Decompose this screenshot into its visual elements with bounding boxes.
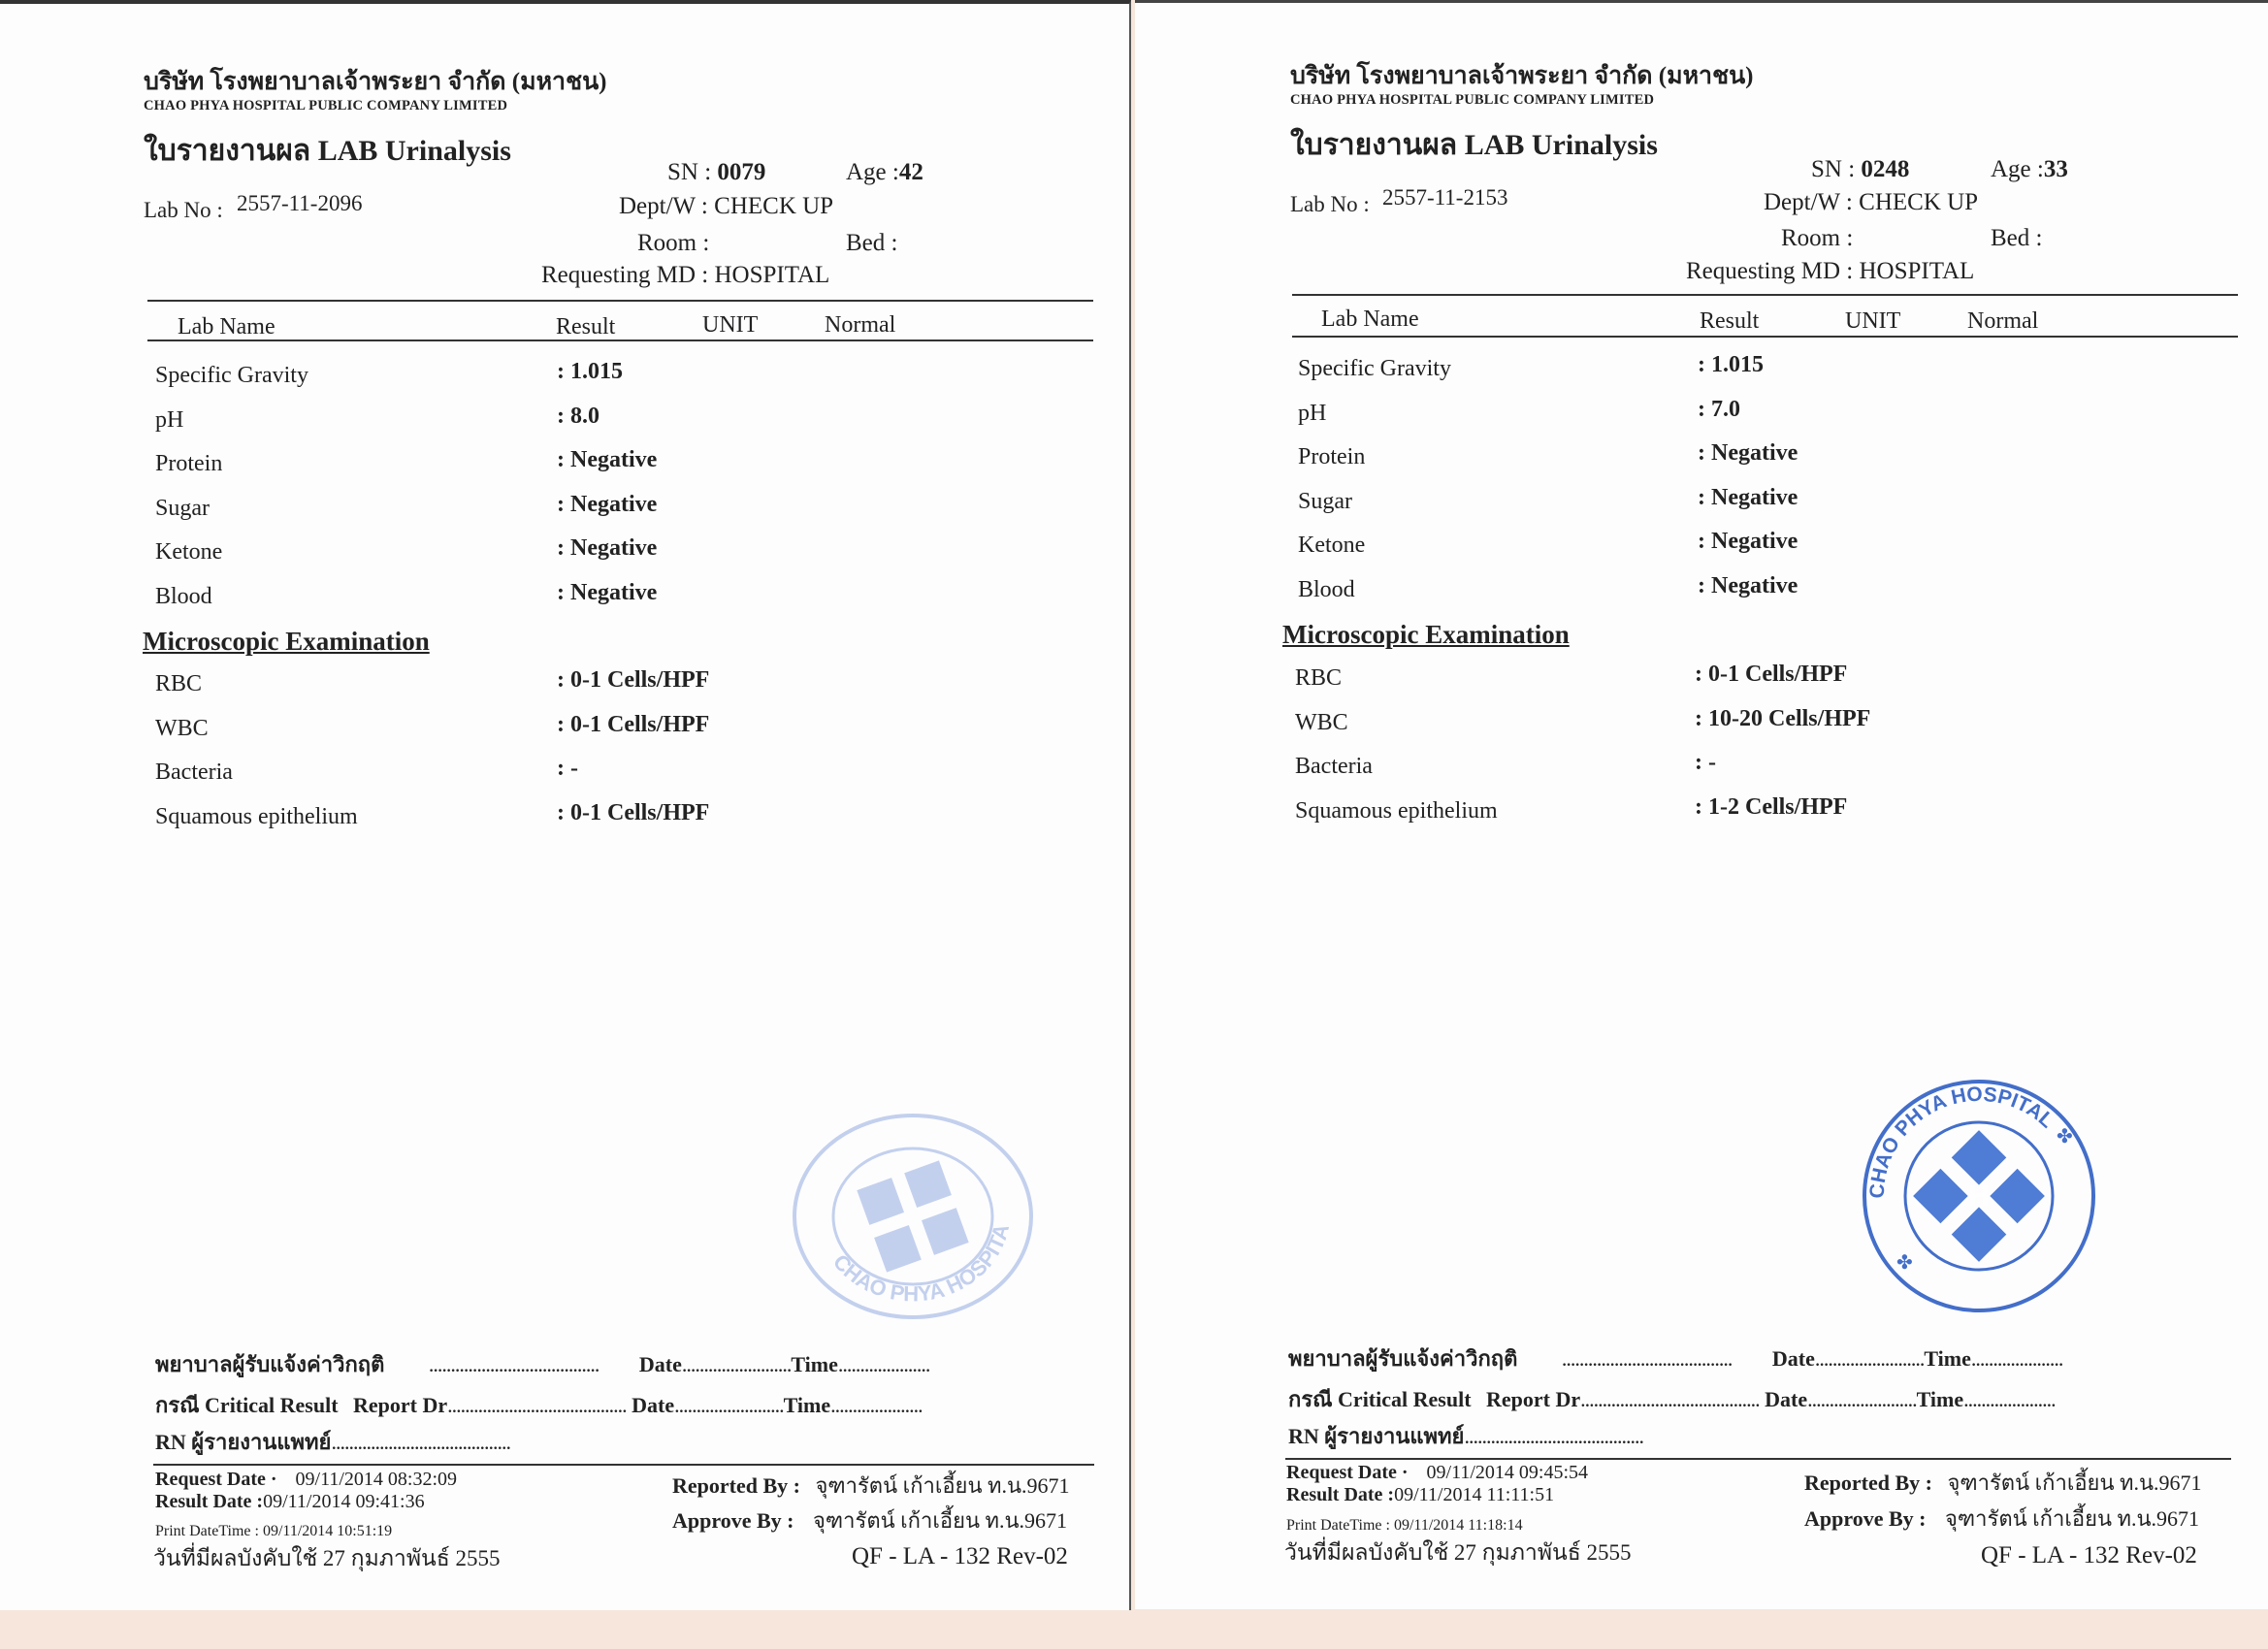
lab-result: : Negative — [557, 492, 657, 518]
sn-label: SN : — [667, 159, 711, 185]
age-field: Age :33 — [1991, 156, 2068, 183]
lab-name: Sugar — [1298, 489, 1352, 515]
lab-no-value: 2557-11-2153 — [1382, 185, 1507, 210]
bed-field: Bed : — [1991, 225, 2042, 252]
lab-result: : 10-20 Cells/HPF — [1695, 706, 1870, 732]
lab-no-value: 2557-11-2096 — [237, 191, 362, 216]
critical-case-label: กรณี Critical Result — [155, 1393, 339, 1417]
footer-divider — [153, 1464, 1094, 1466]
critical-nurse-line: พยาบาลผู้รับแจ้งค่าวิกฤติ ..............… — [1288, 1342, 2062, 1375]
header-divider — [147, 300, 1093, 302]
approve-by-label: Approve By : — [1804, 1506, 1927, 1531]
request-date-label: Request Date · — [155, 1469, 277, 1490]
lab-result: : - — [557, 756, 578, 782]
reported-by-label: Reported By : — [1804, 1471, 1932, 1495]
requesting-md-label: Requesting MD : — [541, 262, 708, 288]
requesting-md-value: HOSPITAL — [1859, 258, 1974, 284]
column-normal: Normal — [825, 312, 895, 339]
header-divider — [1292, 294, 2238, 296]
age-label: Age : — [1991, 156, 2044, 182]
approve-by-label: Approve By : — [672, 1508, 794, 1533]
request-date-field: Request Date · 09/11/2014 08:32:09 — [155, 1469, 457, 1491]
approve-by-value: จุฑารัตน์ เก้าเอี้ยน ท.น.9671 — [1945, 1506, 2199, 1531]
room-label: Room : — [637, 230, 709, 256]
lab-result: : 0-1 Cells/HPF — [557, 667, 709, 694]
lab-name: Blood — [1298, 577, 1355, 603]
company-name-thai: บริษัท โรงพยาบาลเจ้าพระยา จำกัด (มหาชน) — [1290, 56, 1753, 95]
dept-label: Dept/W : — [619, 193, 708, 219]
print-datetime-label: Print DateTime — [1286, 1517, 1382, 1534]
lab-report-sheet-2: บริษัท โรงพยาบาลเจ้าพระยา จำกัด (มหาชน) … — [1135, 0, 2268, 1609]
critical-nurse-line: พยาบาลผู้รับแจ้งค่าวิกฤติ ..............… — [155, 1347, 929, 1381]
lab-result: : - — [1695, 750, 1716, 776]
form-code: QF - LA - 132 Rev-02 — [852, 1543, 1068, 1570]
critical-nurse-label: พยาบาลผู้รับแจ้งค่าวิกฤติ — [155, 1352, 384, 1376]
company-name-english: CHAO PHYA HOSPITAL PUBLIC COMPANY LIMITE… — [144, 98, 507, 114]
result-date-value: 09/11/2014 11:11:51 — [1394, 1484, 1554, 1505]
lab-name: Specific Gravity — [155, 363, 308, 389]
lab-result: : 0-1 Cells/HPF — [1695, 662, 1847, 688]
critical-nurse-label: พยาบาลผู้รับแจ้งค่าวิกฤติ — [1288, 1346, 1517, 1371]
result-date-label: Result Date : — [155, 1491, 263, 1512]
company-name-thai: บริษัท โรงพยาบาลเจ้าพระยา จำกัด (มหาชน) — [144, 62, 606, 101]
sn-field: SN : 0248 — [1811, 156, 1909, 183]
bed-label: Bed : — [1991, 225, 2042, 251]
lab-result: : 1.015 — [557, 359, 623, 385]
report-dr-label: Report Dr — [353, 1393, 447, 1417]
dept-value: CHECK UP — [1859, 189, 1978, 215]
lab-name: RBC — [155, 671, 202, 697]
critical-date-label: Date — [1772, 1346, 1815, 1371]
lab-name: Protein — [1298, 444, 1365, 470]
result-date-value: 09/11/2014 09:41:36 — [263, 1491, 424, 1512]
dept-field: Dept/W : CHECK UP — [1764, 189, 1978, 216]
requesting-md-label: Requesting MD : — [1686, 258, 1853, 284]
report-title: ใบรายงานผล LAB Urinalysis — [144, 128, 511, 174]
effective-date: วันที่มีผลบังคับใช้ 27 กุมภาพันธ์ 2555 — [1284, 1536, 1632, 1570]
lab-result: : Negative — [557, 535, 657, 562]
svg-text:✤: ✤ — [1896, 1252, 1913, 1274]
critical-result-line: กรณี Critical Result Report Dr..........… — [155, 1388, 923, 1422]
lab-result: : 7.0 — [1698, 397, 1740, 423]
company-name-english: CHAO PHYA HOSPITAL PUBLIC COMPANY LIMITE… — [1290, 92, 1654, 109]
lab-result: : Negative — [557, 447, 657, 473]
reported-by-field: Reported By : จุฑารัตน์ เก้าเอี้ยน ท.น.9… — [672, 1469, 1070, 1503]
report-title: ใบรายงานผล LAB Urinalysis — [1290, 122, 1658, 168]
critical-date-label: Date — [639, 1352, 682, 1376]
rn-label: RN ผู้รายงานแพทย์ — [1288, 1424, 1464, 1448]
approve-by-field: Approve By : จุฑารัตน์ เก้าเอี้ยน ท.น.96… — [672, 1503, 1067, 1537]
age-value: 33 — [2044, 156, 2068, 182]
form-code: QF - LA - 132 Rev-02 — [1981, 1542, 2197, 1569]
dept-field: Dept/W : CHECK UP — [619, 193, 833, 220]
result-date-field: Result Date :09/11/2014 11:11:51 — [1286, 1484, 1554, 1506]
request-date-value: 09/11/2014 09:45:54 — [1427, 1462, 1588, 1483]
lab-name: Bacteria — [155, 760, 233, 786]
lab-name: Bacteria — [1295, 754, 1373, 780]
lab-result: : Negative — [557, 580, 657, 606]
lab-result: : Negative — [1698, 485, 1798, 511]
age-label: Age : — [846, 159, 899, 185]
microscopic-section-title: Microscopic Examination — [143, 627, 430, 657]
svg-text:H: H — [1968, 1180, 1990, 1212]
report-dr-label: Report Dr — [1486, 1387, 1580, 1411]
room-field: Room : — [1781, 225, 1853, 252]
requesting-md-field: Requesting MD : HOSPITAL — [1686, 258, 1974, 285]
lab-name: Squamous epithelium — [1295, 798, 1498, 824]
lab-name: Specific Gravity — [1298, 356, 1451, 382]
print-datetime-field: Print DateTime : 09/11/2014 11:18:14 — [1286, 1517, 1523, 1535]
print-datetime-label: Print DateTime — [155, 1523, 251, 1539]
bed-field: Bed : — [846, 230, 897, 257]
column-unit: UNIT — [702, 312, 758, 339]
sn-value: 0248 — [1861, 156, 1909, 182]
lab-name: Ketone — [155, 539, 222, 566]
report-date-label: Date — [632, 1393, 674, 1417]
lab-no-label: Lab No : — [144, 198, 223, 223]
critical-case-label: กรณี Critical Result — [1288, 1387, 1472, 1411]
approve-by-value: จุฑารัตน์ เก้าเอี้ยน ท.น.9671 — [813, 1508, 1067, 1533]
rn-line: RN ผู้รายงานแพทย์.......................… — [1288, 1419, 1643, 1453]
report-time-label: Time — [1917, 1387, 1963, 1411]
print-datetime-field: Print DateTime : 09/11/2014 10:51:19 — [155, 1523, 392, 1540]
lab-name: Protein — [155, 451, 222, 477]
column-normal: Normal — [1967, 308, 2038, 335]
lab-name: Ketone — [1298, 533, 1365, 559]
footer-divider — [1285, 1458, 2231, 1460]
lab-result: : Negative — [1698, 529, 1798, 555]
lab-result: : 1.015 — [1698, 352, 1764, 378]
lab-name: WBC — [155, 716, 209, 742]
rn-label: RN ผู้รายงานแพทย์ — [155, 1430, 331, 1454]
column-header-divider — [147, 339, 1093, 341]
lab-name: Sugar — [155, 496, 210, 522]
column-lab-name: Lab Name — [1321, 307, 1419, 333]
column-unit: UNIT — [1845, 308, 1900, 335]
reported-by-value: จุฑารัตน์ เก้าเอี้ยน ท.น.9671 — [815, 1473, 1069, 1498]
lab-result: : Negative — [1698, 573, 1798, 599]
microscopic-section-title: Microscopic Examination — [1282, 620, 1570, 650]
column-result: Result — [1700, 308, 1759, 335]
print-datetime-value: : 09/11/2014 11:18:14 — [1386, 1517, 1523, 1534]
lab-result: : 0-1 Cells/HPF — [557, 800, 709, 826]
lab-name: RBC — [1295, 665, 1342, 692]
column-header-divider — [1292, 336, 2238, 338]
requesting-md-field: Requesting MD : HOSPITAL — [541, 262, 829, 289]
lab-report-sheet-1: บริษัท โรงพยาบาลเจ้าพระยา จำกัด (มหาชน) … — [0, 0, 1131, 1610]
reported-by-value: จุฑารัตน์ เก้าเอี้ยน ท.น.9671 — [1947, 1471, 2201, 1495]
request-date-field: Request Date · 09/11/2014 09:45:54 — [1286, 1462, 1588, 1484]
print-datetime-value: : 09/11/2014 10:51:19 — [255, 1523, 393, 1539]
result-date-field: Result Date :09/11/2014 09:41:36 — [155, 1491, 425, 1513]
hospital-stamp: CHAO PHYA HOSPITAL — [788, 1110, 1038, 1323]
reported-by-field: Reported By : จุฑารัตน์ เก้าเอี้ยน ท.น.9… — [1804, 1466, 2202, 1500]
age-value: 42 — [899, 159, 923, 185]
svg-text:✤: ✤ — [2057, 1126, 2073, 1148]
sn-value: 0079 — [717, 159, 765, 185]
room-label: Room : — [1781, 225, 1853, 251]
critical-result-line: กรณี Critical Result Report Dr..........… — [1288, 1382, 2056, 1416]
lab-no-label: Lab No : — [1290, 192, 1370, 217]
approve-by-field: Approve By : จุฑารัตน์ เก้าเอี้ยน ท.น.96… — [1804, 1502, 2199, 1536]
room-field: Room : — [637, 230, 709, 257]
request-date-label: Request Date · — [1286, 1462, 1409, 1483]
bed-label: Bed : — [846, 230, 897, 256]
lab-name: WBC — [1295, 710, 1348, 736]
reported-by-label: Reported By : — [672, 1473, 800, 1498]
dept-label: Dept/W : — [1764, 189, 1853, 215]
lab-result: : 0-1 Cells/HPF — [557, 712, 709, 738]
report-date-label: Date — [1765, 1387, 1807, 1411]
lab-name: pH — [155, 407, 183, 434]
hospital-stamp: H CHAO PHYA HOSPITAL ✤ ✤ — [1858, 1075, 2100, 1317]
report-time-label: Time — [784, 1393, 830, 1417]
requesting-md-value: HOSPITAL — [714, 262, 829, 288]
critical-time-label: Time — [1924, 1346, 1970, 1371]
column-lab-name: Lab Name — [178, 314, 275, 340]
lab-name: Squamous epithelium — [155, 804, 358, 830]
lab-result: : 8.0 — [557, 404, 599, 430]
effective-date: วันที่มีผลบังคับใช้ 27 กุมภาพันธ์ 2555 — [153, 1541, 501, 1576]
age-field: Age :42 — [846, 159, 923, 186]
lab-result: : 1-2 Cells/HPF — [1695, 794, 1847, 821]
lab-name: Blood — [155, 584, 212, 610]
sn-label: SN : — [1811, 156, 1855, 182]
critical-time-label: Time — [791, 1352, 837, 1376]
dept-value: CHECK UP — [714, 193, 833, 219]
sn-field: SN : 0079 — [667, 159, 765, 186]
rn-line: RN ผู้รายงานแพทย์.......................… — [155, 1425, 510, 1459]
lab-name: pH — [1298, 401, 1326, 427]
column-result: Result — [556, 314, 615, 340]
request-date-value: 09/11/2014 08:32:09 — [296, 1469, 457, 1490]
result-date-label: Result Date : — [1286, 1484, 1394, 1505]
lab-result: : Negative — [1698, 440, 1798, 467]
